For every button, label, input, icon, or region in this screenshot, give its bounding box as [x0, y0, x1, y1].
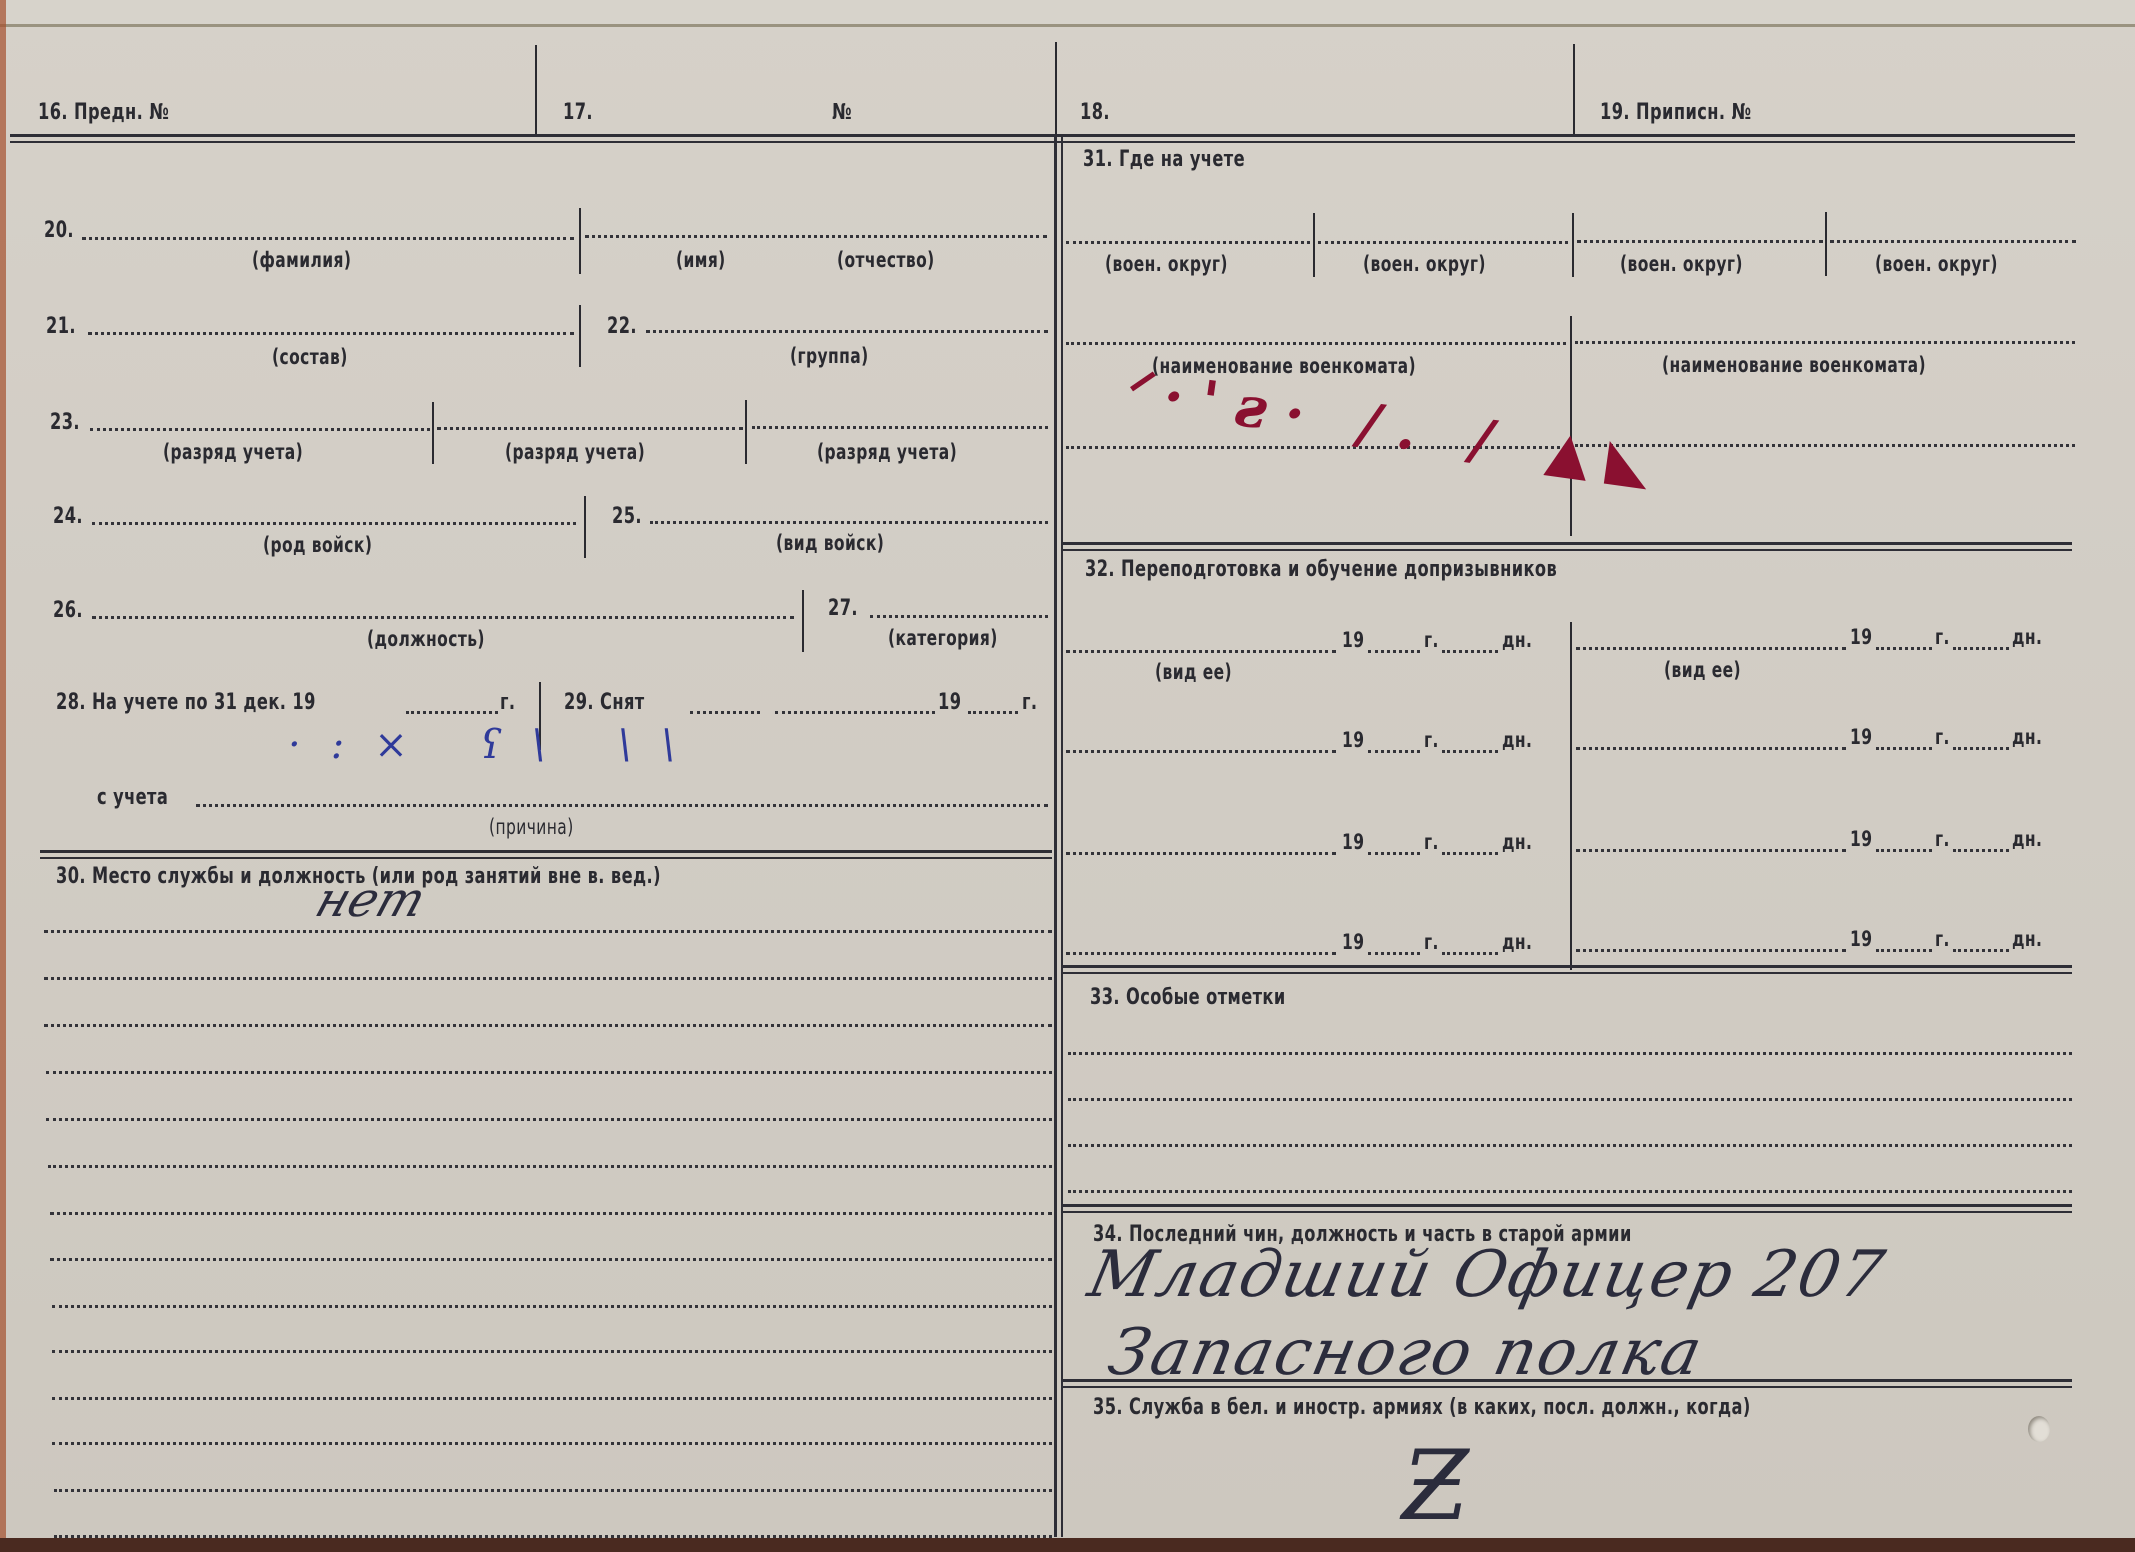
district-caption-2: (воен. округ)	[1363, 252, 1486, 276]
reason-caption: (причина)	[489, 815, 574, 839]
days-suffix: дн.	[2012, 927, 2042, 951]
training-type-line[interactable]	[1066, 952, 1336, 955]
field-24-label: 24.	[53, 504, 83, 529]
year-prefix: 19	[1342, 728, 1364, 752]
field-divider	[802, 590, 804, 652]
field-29-label: 29. Снят	[564, 690, 645, 715]
field-30-handwritten: нет	[309, 872, 433, 928]
field-divider	[1572, 213, 1574, 277]
training-type-line[interactable]	[1066, 650, 1336, 653]
field-30-line[interactable]	[44, 1024, 1052, 1027]
header-double-rule	[10, 134, 2075, 143]
field-28-suffix: г.	[500, 690, 515, 715]
field-25-label: 25.	[612, 504, 642, 529]
field-34-handwritten-line-1: Младший Офицер 207	[1082, 1238, 1892, 1312]
special-notes-line[interactable]	[1068, 1098, 2072, 1101]
section-double-rule	[1062, 1204, 2072, 1213]
year-prefix: 19	[1850, 625, 1872, 649]
header-divider	[535, 45, 537, 137]
field-29-suffix: г.	[1022, 690, 1037, 715]
field-35-label: 35. Служба в бел. и иностр. армиях (в ка…	[1093, 1395, 1751, 1420]
field-27-label: 27.	[828, 596, 858, 621]
field-30-line[interactable]	[50, 1212, 1052, 1215]
field-26-label: 26.	[53, 598, 83, 623]
training-year-line[interactable]	[1876, 747, 1932, 750]
category-caption-1: (разряд учета)	[163, 440, 303, 464]
training-type-line[interactable]	[1576, 647, 1846, 650]
district-caption-4: (воен. округ)	[1875, 252, 1998, 276]
special-notes-line[interactable]	[1068, 1052, 2072, 1055]
group-caption: (группа)	[790, 344, 869, 368]
training-year-line[interactable]	[1368, 852, 1420, 855]
days-suffix: дн.	[2012, 725, 2042, 749]
paper-top-fold	[0, 0, 2135, 27]
year-prefix: 19	[1342, 628, 1364, 652]
military-office-line-2[interactable]	[1575, 341, 2075, 344]
field-29-day-line[interactable]	[690, 711, 760, 714]
year-suffix: г.	[1935, 827, 1950, 851]
training-year-line[interactable]	[1368, 952, 1420, 955]
header-divider	[1573, 44, 1575, 137]
rank-category-caption: (категория)	[888, 626, 998, 650]
field-23-line-2[interactable]	[437, 427, 743, 430]
field-22-label: 22.	[607, 314, 637, 339]
field-33-label: 33. Особые отметки	[1090, 985, 1286, 1010]
year-suffix: г.	[1935, 725, 1950, 749]
year-prefix: 19	[1850, 927, 1872, 951]
year-suffix: г.	[1424, 830, 1439, 854]
field-23-line-1[interactable]	[90, 428, 430, 431]
field-divider	[432, 402, 434, 464]
training-year-line[interactable]	[1876, 949, 1932, 952]
field-32-label: 32. Переподготовка и обучение допризывни…	[1085, 557, 1557, 582]
days-suffix: дн.	[2012, 625, 2042, 649]
name-caption: (имя)	[676, 248, 726, 272]
year-suffix: г.	[1424, 930, 1439, 954]
field-30-line[interactable]	[54, 1489, 1052, 1492]
position-caption: (должность)	[367, 627, 485, 651]
special-notes-line[interactable]	[1068, 1144, 2072, 1147]
district-line-4[interactable]	[1830, 240, 2076, 243]
training-type-caption: (вид ее)	[1664, 658, 1741, 682]
field-29-year-line[interactable]	[968, 711, 1018, 714]
district-line-1[interactable]	[1066, 241, 1310, 244]
field-31-label: 31. Где на учете	[1083, 147, 1245, 172]
table-surface	[0, 1538, 2135, 1552]
composition-caption: (состав)	[272, 345, 348, 369]
field-21-label: 21.	[46, 314, 76, 339]
field-24-line[interactable]	[92, 522, 576, 525]
field-divider	[1825, 212, 1827, 276]
field-20-surname-line[interactable]	[82, 237, 574, 240]
training-year-line[interactable]	[1368, 650, 1420, 653]
training-year-line[interactable]	[1368, 750, 1420, 753]
training-days-line[interactable]	[1442, 650, 1498, 653]
field-30-line[interactable]	[52, 1442, 1052, 1445]
field-28-year-line[interactable]	[406, 711, 498, 714]
training-type-caption: (вид ее)	[1155, 660, 1232, 684]
field-23-line-3[interactable]	[752, 426, 1048, 429]
category-caption-3: (разряд учета)	[817, 440, 957, 464]
training-type-line[interactable]	[1066, 852, 1336, 855]
days-suffix: дн.	[1502, 830, 1532, 854]
field-28-label: 28. На учете по 31 дек. 19	[56, 690, 316, 715]
field-30-line[interactable]	[44, 930, 1052, 933]
training-type-line[interactable]	[1576, 747, 1846, 750]
branch-caption: (род войск)	[263, 533, 372, 557]
section-double-rule	[1062, 965, 2072, 974]
field-30-line[interactable]	[50, 1258, 1052, 1261]
year-prefix: 19	[1342, 930, 1364, 954]
training-type-line[interactable]	[1576, 849, 1846, 852]
field-divider	[1570, 622, 1572, 970]
field-20-label: 20.	[44, 218, 74, 243]
year-prefix: 19	[1850, 827, 1872, 851]
field-30-line[interactable]	[52, 1350, 1052, 1353]
year-suffix: г.	[1935, 625, 1950, 649]
year-suffix: г.	[1424, 628, 1439, 652]
training-days-line[interactable]	[1442, 952, 1498, 955]
field-30-line[interactable]	[44, 977, 1052, 980]
field-22-line[interactable]	[646, 330, 1048, 333]
field-23-label: 23.	[50, 410, 80, 435]
training-type-line[interactable]	[1576, 949, 1846, 952]
field-30-line[interactable]	[46, 1118, 1052, 1121]
field-21-line[interactable]	[88, 332, 574, 335]
field-19-label: 19. Приписн. №	[1600, 100, 1751, 125]
field-16-label: 16. Предн. №	[38, 100, 169, 125]
section-double-rule	[40, 850, 1052, 859]
training-days-line[interactable]	[1953, 849, 2009, 852]
category-caption-2: (разряд учета)	[505, 440, 645, 464]
section-double-rule	[1062, 1379, 2072, 1388]
punch-hole	[2028, 1416, 2050, 1442]
year-suffix: г.	[1935, 927, 1950, 951]
field-divider	[579, 208, 581, 274]
field-17-label: 17.	[563, 100, 593, 125]
training-type-line[interactable]	[1066, 750, 1336, 753]
registration-card-back: 16. Предн. № 17. № 18. 19. Приписн. № 20…	[0, 0, 2135, 1538]
district-caption-3: (воен. округ)	[1620, 252, 1743, 276]
field-divider	[584, 496, 586, 558]
field-27-line[interactable]	[870, 615, 1048, 618]
surname-caption: (фамилия)	[252, 248, 351, 272]
military-office-caption-2: (наименование военкомата)	[1662, 353, 1926, 377]
section-double-rule	[1062, 542, 2072, 551]
field-26-line[interactable]	[92, 616, 794, 619]
field-divider	[1313, 213, 1315, 277]
header-divider	[1055, 42, 1057, 137]
blue-ink-marks: ·:× ʕ\ \\	[288, 722, 705, 768]
training-days-line[interactable]	[1442, 852, 1498, 855]
year-suffix: г.	[1424, 728, 1439, 752]
field-25-line[interactable]	[650, 521, 1048, 524]
district-line-3[interactable]	[1577, 240, 1823, 243]
training-year-line[interactable]	[1876, 849, 1932, 852]
field-17-number-sign: №	[832, 100, 852, 125]
military-office-line-1[interactable]	[1066, 342, 1566, 345]
paper-left-edge	[0, 0, 6, 1552]
service-type-caption: (вид войск)	[776, 531, 884, 555]
red-ink-signature: ᐟ·'ƨ· /. ∕ ▲◣	[1118, 357, 1672, 499]
center-double-divider	[1054, 137, 1063, 1537]
days-suffix: дн.	[2012, 827, 2042, 851]
field-20-name-line[interactable]	[585, 235, 1047, 238]
year-prefix: 19	[1850, 725, 1872, 749]
training-days-line[interactable]	[1953, 747, 2009, 750]
field-divider	[745, 400, 747, 464]
district-caption-1: (воен. округ)	[1105, 252, 1228, 276]
field-35-dash-mark: Ƶ	[1402, 1430, 1469, 1542]
training-year-line[interactable]	[1876, 647, 1932, 650]
days-suffix: дн.	[1502, 628, 1532, 652]
training-days-line[interactable]	[1953, 949, 2009, 952]
special-notes-line[interactable]	[1068, 1190, 2072, 1193]
training-days-line[interactable]	[1442, 750, 1498, 753]
field-30-line[interactable]	[46, 1071, 1052, 1074]
year-prefix: 19	[1342, 830, 1364, 854]
field-29-month-line[interactable]	[775, 711, 935, 714]
field-divider	[579, 305, 581, 367]
training-days-line[interactable]	[1953, 647, 2009, 650]
removed-from-register-label: с учета	[97, 785, 168, 810]
reason-line[interactable]	[196, 804, 1048, 807]
field-29-year-prefix: 19	[938, 690, 961, 715]
field-30-line[interactable]	[52, 1397, 1052, 1400]
field-30-line[interactable]	[48, 1165, 1052, 1168]
field-30-line[interactable]	[52, 1305, 1052, 1308]
district-line-2[interactable]	[1318, 241, 1568, 244]
field-18-label: 18.	[1080, 100, 1110, 125]
patronymic-caption: (отчество)	[837, 248, 935, 272]
days-suffix: дн.	[1502, 930, 1532, 954]
days-suffix: дн.	[1502, 728, 1532, 752]
